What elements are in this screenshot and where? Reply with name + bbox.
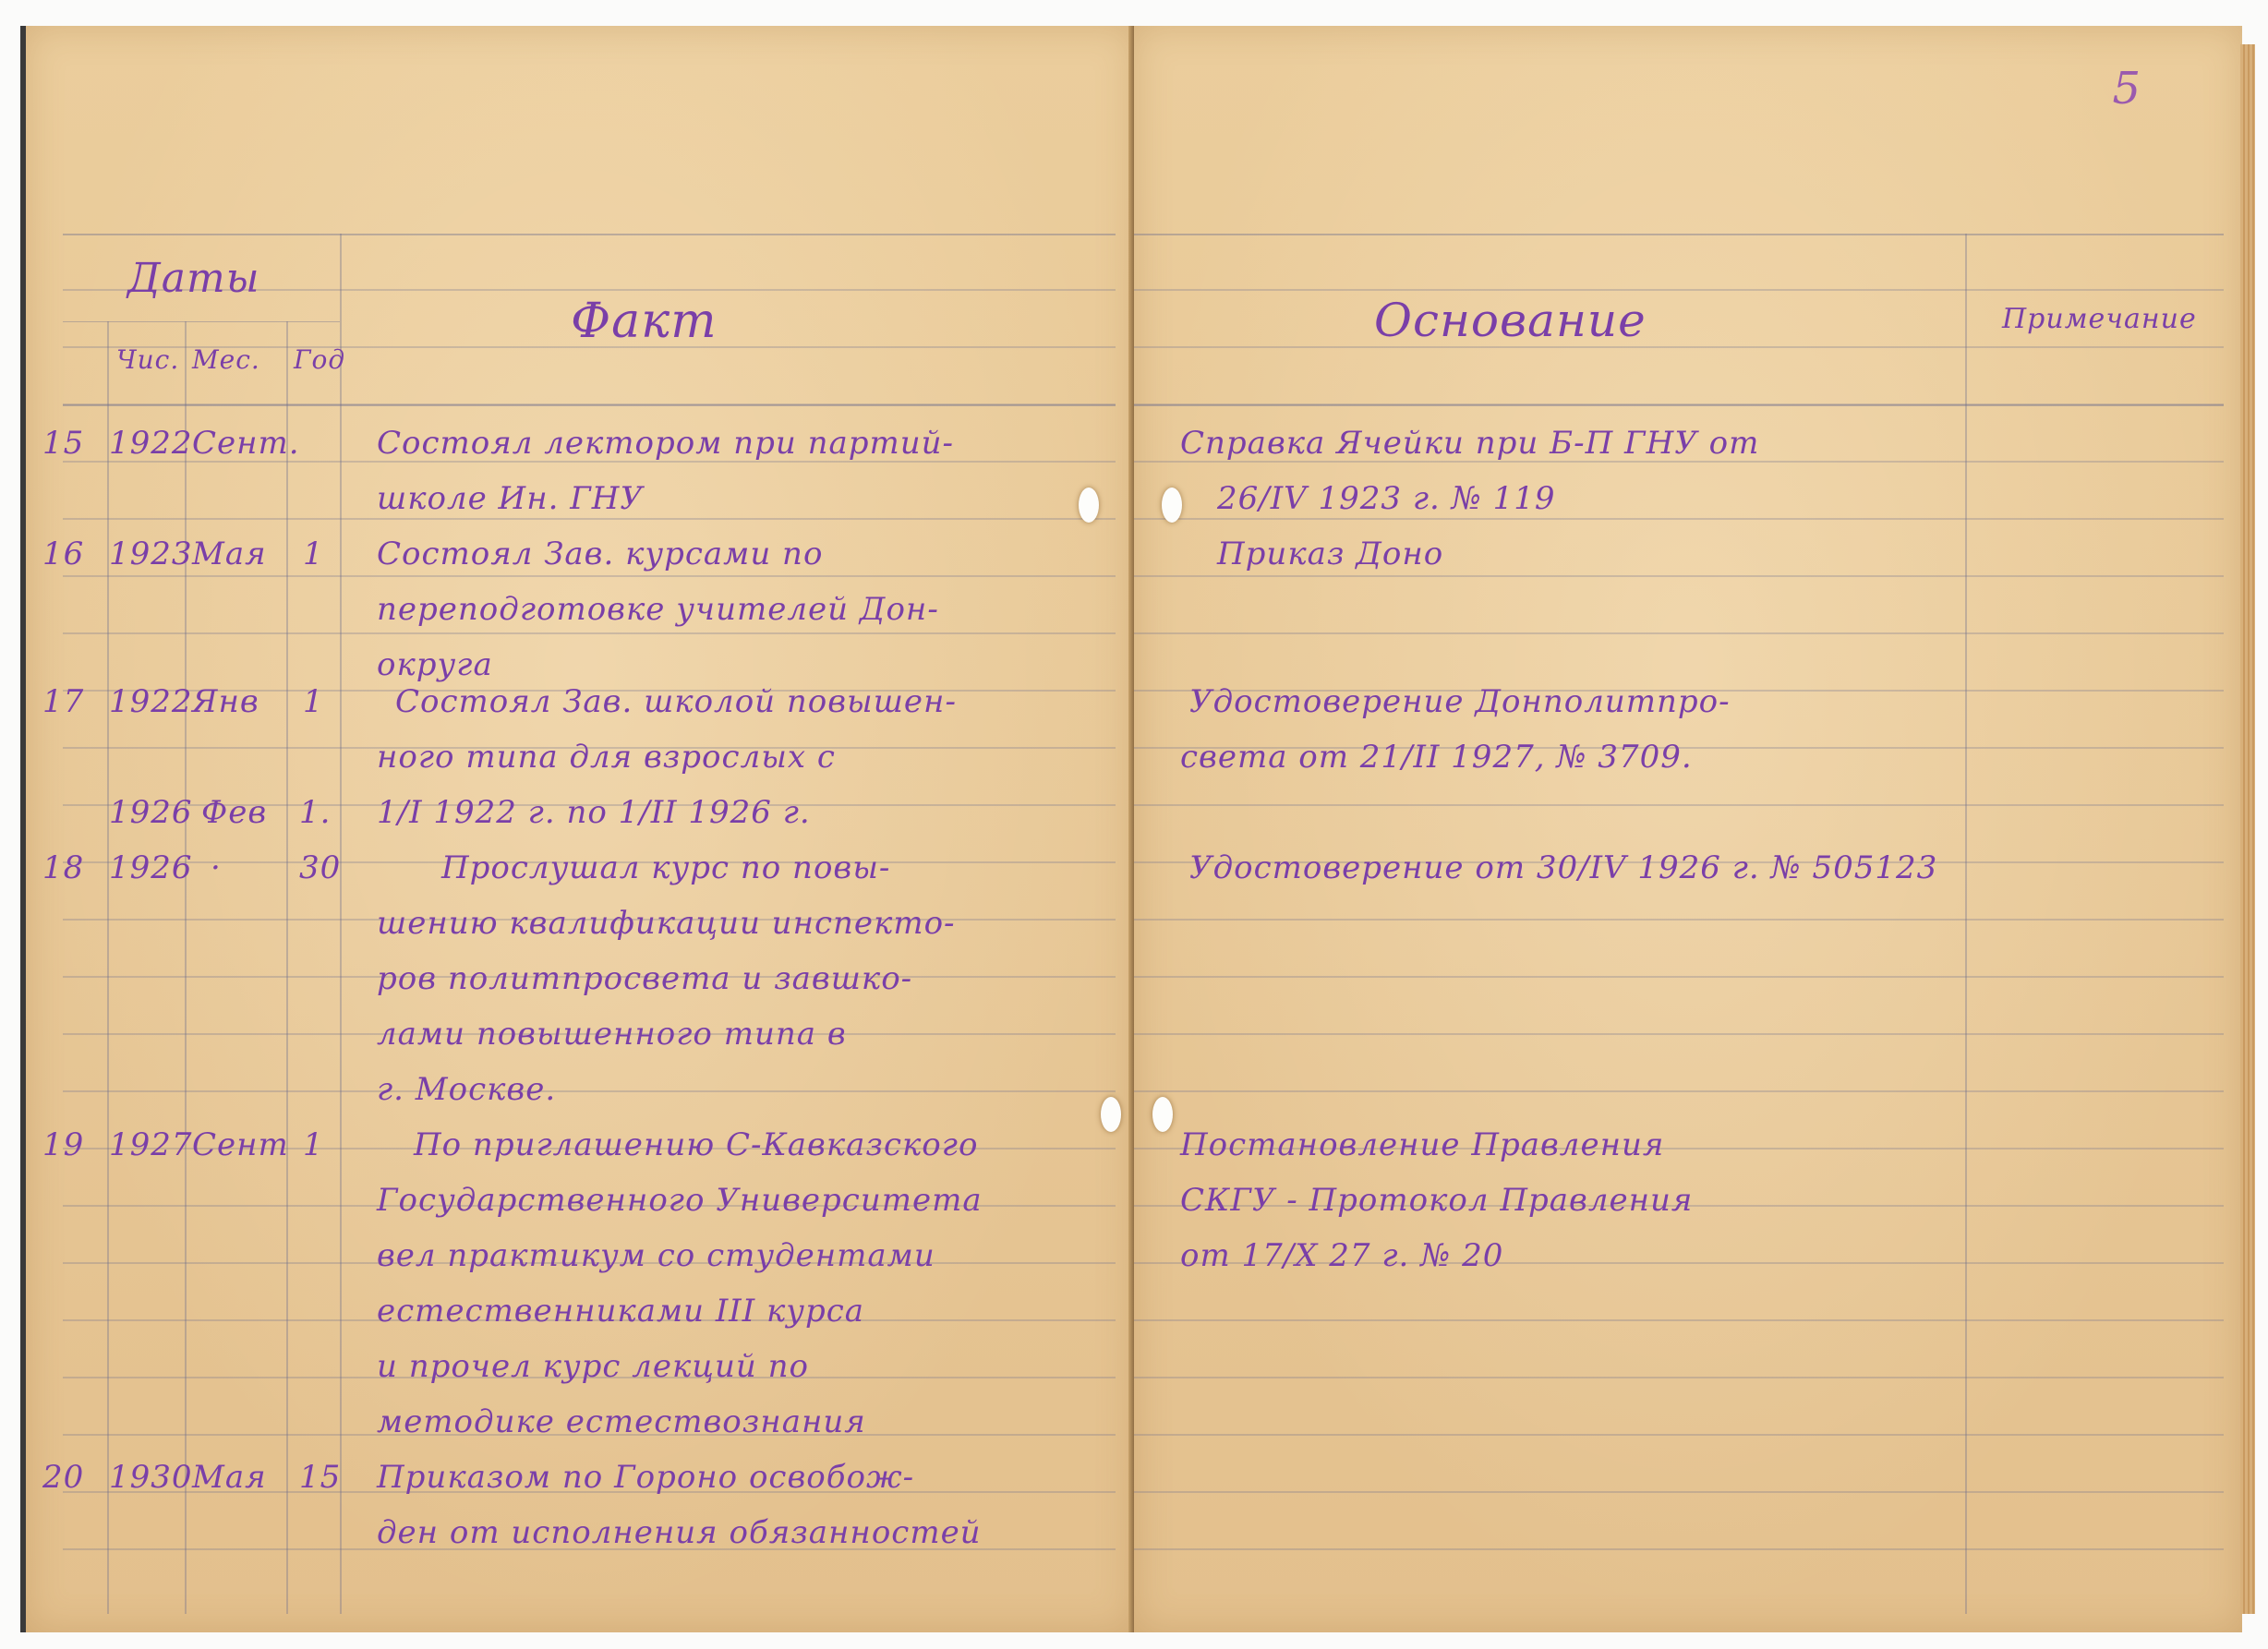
entry-year: 1922 [109, 683, 193, 720]
entry-year: 1930 [109, 1459, 193, 1496]
fact-line: методике естествознания [377, 1403, 866, 1440]
entry-day: 1 [303, 536, 324, 572]
fact-line: переподготовке учителей Дон- [377, 591, 939, 628]
month-header: Мес. [192, 344, 260, 375]
basis-line: Удостоверение Донполитпро- [1189, 683, 1731, 720]
fact-line: ден от исполнения обязанностей [377, 1514, 982, 1551]
entry-month: Сент. [192, 425, 300, 462]
fact-line: Состоял Зав. курсами по [377, 536, 823, 572]
header-bottom-rule [63, 404, 1116, 406]
header-bottom-rule [1134, 404, 2224, 406]
fact-line: Состоял Зав. школой повышен- [395, 683, 957, 720]
header-top-rule [63, 234, 1116, 235]
fact-line: Приказом по Гороно освобож- [377, 1459, 914, 1496]
fact-line: школе Ин. ГНУ [377, 480, 644, 517]
fact-line: ного типа для взрослых с [377, 739, 836, 776]
fact-line: Состоял лектором при партий- [377, 425, 954, 462]
fact-line: естественниками III курса [377, 1293, 864, 1330]
fact-line: ров политпросвета и завшко- [377, 960, 912, 997]
entry-number: 19 [42, 1126, 84, 1163]
entry-year: 1927 [109, 1126, 193, 1163]
punch-hole [1101, 1097, 1121, 1132]
page-number: 5 [2112, 63, 2141, 114]
entry-end-year: 1926 [109, 794, 193, 831]
basis-line: Удостоверение от 30/IV 1926 г. № 505123 [1189, 849, 1937, 886]
entry-end-day: 1. [299, 794, 331, 831]
fact-line: 1/I 1922 г. по 1/II 1926 г. [377, 794, 811, 831]
dates-header: Даты [127, 255, 260, 302]
year-header: Год [294, 344, 345, 375]
year-col-rule [185, 321, 187, 1614]
basis-header: Основание [1374, 294, 1647, 347]
date-subheader-rule [63, 321, 340, 322]
entry-number: 16 [42, 536, 84, 572]
entry-number: 17 [42, 683, 84, 720]
entry-day: 1 [303, 1126, 324, 1163]
left-page: Даты Чис. Мес. Год Факт 15 1922 Сент. Со… [20, 26, 1134, 1632]
punch-hole [1079, 487, 1099, 523]
fact-col-rule [340, 234, 342, 1614]
right-page: 5 Основание Примечание Справка Ячейки пр… [1134, 26, 2242, 1632]
fact-line: округа [377, 646, 493, 683]
header-top-rule [1134, 234, 2224, 235]
fact-line: вел практикум со студентами [377, 1237, 935, 1274]
basis-line: 26/IV 1923 г. № 119 [1217, 480, 1556, 517]
punch-hole [1152, 1097, 1173, 1132]
entry-month: · [211, 849, 222, 886]
fact-line: г. Москве. [377, 1071, 556, 1108]
entry-number: 18 [42, 849, 84, 886]
fact-line: и прочел курс лекций по [377, 1348, 809, 1385]
basis-line: Постановление Правления [1180, 1126, 1664, 1163]
fact-header: Факт [571, 294, 718, 349]
basis-line: Справка Ячейки при Б-П ГНУ от [1180, 425, 1759, 462]
basis-line: от 17/X 27 г. № 20 [1180, 1237, 1503, 1274]
entry-month: Мая [192, 536, 267, 572]
open-notebook: Даты Чис. Мес. Год Факт 15 1922 Сент. Со… [20, 26, 2255, 1632]
fact-line: лами повышенного типа в [377, 1016, 847, 1053]
note-header: Примечание [2002, 303, 2197, 335]
entry-number: 20 [42, 1459, 84, 1496]
entry-year: 1923 [109, 536, 193, 572]
entry-day: 30 [299, 849, 341, 886]
day-header: Чис. [116, 344, 179, 375]
basis-line: Приказ Доно [1217, 536, 1443, 572]
month-col-rule [286, 321, 288, 1614]
entry-year: 1922 [109, 425, 193, 462]
punch-hole [1162, 487, 1182, 523]
note-col-rule [1965, 234, 1967, 1614]
entry-end-month: Фев [201, 794, 267, 831]
fact-line: Прослушал курс по повы- [441, 849, 890, 886]
entry-month: Янв [192, 683, 259, 720]
entry-month: Мая [192, 1459, 267, 1496]
basis-line: света от 21/II 1927, № 3709. [1180, 739, 1693, 776]
day-col-rule [107, 321, 109, 1614]
entry-day: 1 [303, 683, 324, 720]
entry-number: 15 [42, 425, 84, 462]
fact-line: шению квалификации инспекто- [377, 905, 956, 942]
entry-year: 1926 [109, 849, 193, 886]
entry-day: 15 [299, 1459, 341, 1496]
fact-line: По приглашению С-Кавказского [414, 1126, 978, 1163]
fact-line: Государственного Университета [377, 1182, 983, 1219]
entry-month: Сент [192, 1126, 289, 1163]
basis-line: СКГУ - Протокол Правления [1180, 1182, 1693, 1219]
